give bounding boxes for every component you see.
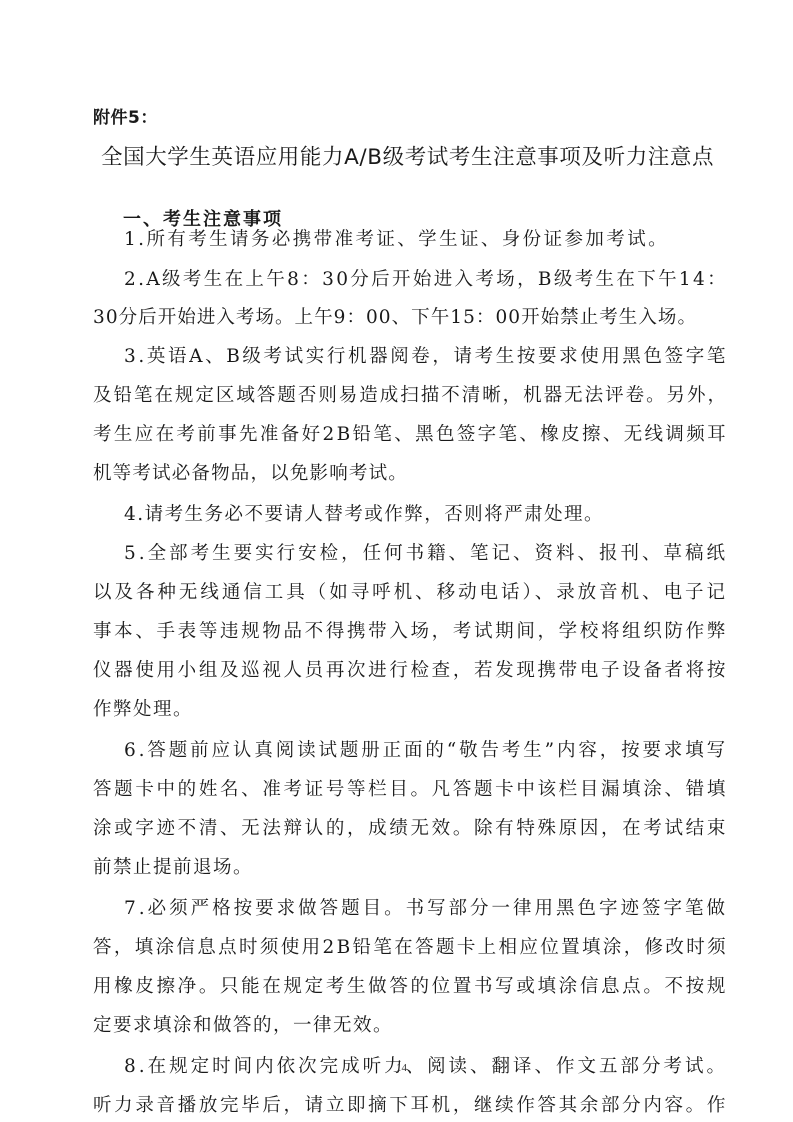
body-text-line: 8.在规定时间内依次完成听力、阅读、翻译、作文五部分考试。 — [124, 1055, 728, 1079]
body-text-line: 答，填涂信息点时须使用2B铅笔在答题卡上相应位置填涂，修改时须 — [93, 936, 728, 960]
body-text-line: 答题卡中的姓名、准考证号等栏目。凡答题卡中该栏目漏填涂、错填 — [93, 778, 728, 802]
attachment-label: 附件5： — [93, 103, 158, 128]
body-text-line: 前禁止提前退场。 — [93, 856, 253, 880]
body-text-line: 事本、手表等违规物品不得携带入场，考试期间，学校将组织防作弊 — [93, 620, 728, 644]
body-text-line: 用橡皮擦净。只能在规定考生做答的位置书写或填涂信息点。不按规 — [93, 975, 728, 999]
body-text-line: 涂或字迹不清、无法辩认的，成绩无效。除有特殊原因，在考试结束 — [93, 817, 728, 841]
body-text-line: 7.必须严格按要求做答题目。书写部分一律用黑色字迹签字笔做 — [124, 897, 728, 921]
body-text-line: 考生应在考前事先准备好2B铅笔、黑色签字笔、橡皮擦、无线调频耳 — [93, 423, 728, 447]
body-text-line: 2.A级考生在上午8：30分后开始进入考场，B级考生在下午14： — [124, 268, 728, 292]
body-text-line: 4.请考生务必不要请人替考或作弊，否则将严肃处理。 — [124, 503, 604, 527]
body-text-line: 作弊处理。 — [93, 698, 193, 722]
body-text-line: 机等考试必备物品，以免影响考试。 — [93, 462, 408, 486]
body-text-line: 听力录音播放完毕后，请立即摘下耳机，继续作答其余部分内容。作 — [93, 1094, 728, 1118]
body-text-line: 及铅笔在规定区域答题否则易造成扫描不清晰，机器无法评卷。另外， — [93, 384, 728, 408]
body-text-line: 5.全部考生要实行安检，任何书籍、笔记、资料、报刊、草稿纸 — [124, 542, 728, 566]
body-text-line: 仪器使用小组及巡视人员再次进行检查，若发现携带电子设备者将按 — [93, 659, 728, 683]
body-text-line: 3.英语A、B级考试实行机器阅卷，请考生按要求使用黑色签字笔 — [124, 345, 728, 369]
body-text-line: 30分后开始进入考场。上午9：00、下午15：00开始禁止考生入场。 — [93, 306, 697, 330]
body-text-line: 1.所有考生请务必携带准考证、学生证、身份证参加考试。 — [124, 228, 669, 252]
body-text-line: 以及各种无线通信工具（如寻呼机、移动电话）、录放音机、电子记 — [93, 581, 728, 605]
body-text-line: 6.答题前应认真阅读试题册正面的“敬告考生”内容，按要求填写 — [124, 739, 728, 763]
body-text-line: 定要求填涂和做答的，一律无效。 — [93, 1014, 393, 1038]
document-title: 全国大学生英语应用能力A/B级考试考生注意事项及听力注意点 — [101, 140, 714, 171]
page-number: 14 — [396, 1062, 407, 1074]
